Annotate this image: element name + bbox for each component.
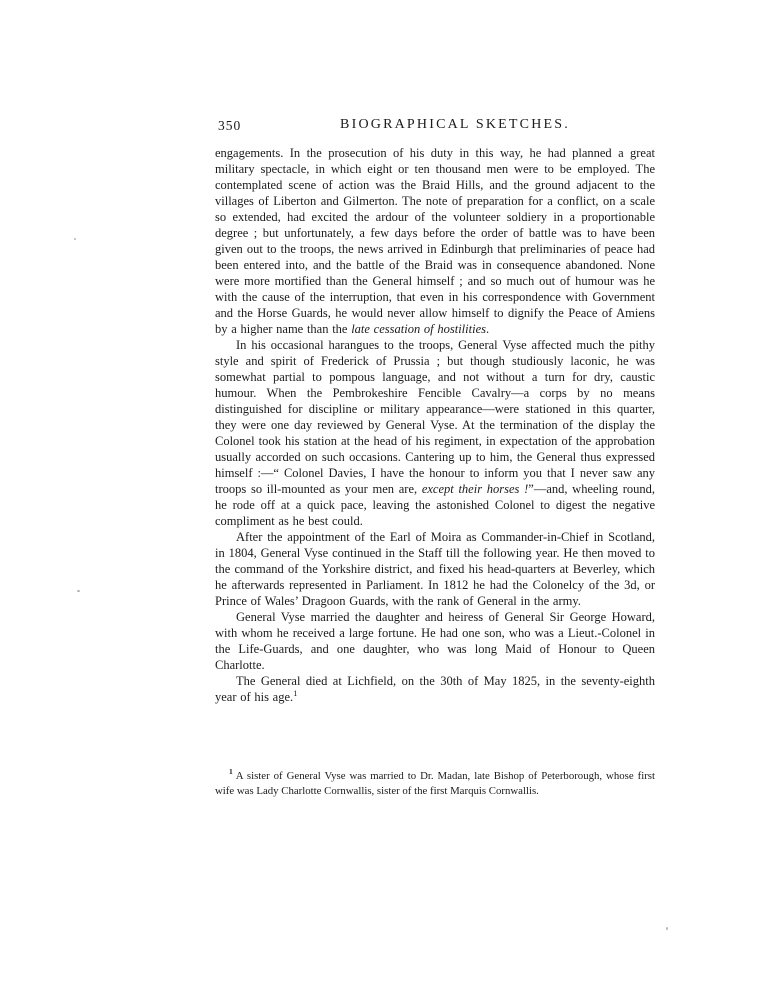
page-header: 350 BIOGRAPHICAL SKETCHES. bbox=[215, 117, 655, 135]
italic-phrase: except their horses ! bbox=[422, 482, 528, 496]
paragraph-text: The General died at Lichfield, on the 30… bbox=[215, 674, 655, 704]
paragraph-text: In his occasional harangues to the troop… bbox=[215, 338, 655, 496]
paragraph-text: engagements. In the prosecution of his d… bbox=[215, 146, 655, 336]
footnote: 1A sister of General Vyse was married to… bbox=[215, 769, 655, 798]
paragraph-text: After the appointment of the Earl of Moi… bbox=[215, 530, 655, 608]
footnote-text: A sister of General Vyse was married to … bbox=[215, 770, 655, 797]
paragraph-marriage: General Vyse married the daughter and he… bbox=[215, 609, 655, 673]
footnote-marker: 1 bbox=[229, 767, 233, 776]
scan-speck bbox=[77, 590, 80, 592]
scan-speck bbox=[74, 238, 76, 240]
paragraph-harangues: In his occasional harangues to the troop… bbox=[215, 337, 655, 529]
paragraph-text: General Vyse married the daughter and he… bbox=[215, 610, 655, 672]
footnote-reference: 1 bbox=[293, 688, 297, 698]
italic-phrase: late cessation of hostilities bbox=[351, 322, 486, 336]
paragraph-engagements: engagements. In the prosecution of his d… bbox=[215, 145, 655, 337]
paragraph-death: The General died at Lichfield, on the 30… bbox=[215, 673, 655, 705]
book-page-scan: 350 BIOGRAPHICAL SKETCHES. engagements. … bbox=[0, 0, 782, 1000]
paragraph-text: . bbox=[486, 322, 489, 336]
scan-speck bbox=[666, 927, 668, 930]
paragraph-earl-of-moira: After the appointment of the Earl of Moi… bbox=[215, 529, 655, 609]
running-header: BIOGRAPHICAL SKETCHES. bbox=[215, 117, 695, 133]
page-body: engagements. In the prosecution of his d… bbox=[215, 145, 655, 705]
